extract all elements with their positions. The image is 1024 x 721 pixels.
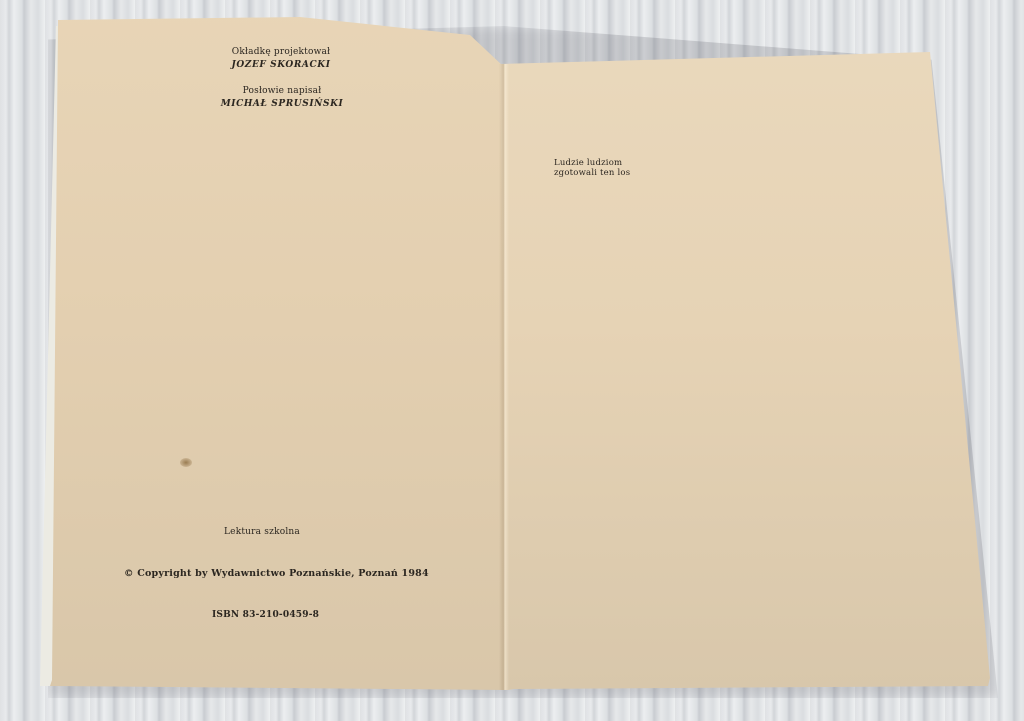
paper-stain [180, 458, 192, 467]
cover-designer-name: JOZEF SKORACKI [231, 60, 330, 70]
cover-designer-label: Okładkę projektował [232, 47, 330, 57]
series-label: Lektura szkolna [224, 527, 300, 537]
isbn: ISBN 83-210-0459-8 [212, 610, 319, 620]
afterword-label: Posłowie napisał [243, 86, 322, 96]
motto-line-2: zgotowali ten los [554, 168, 630, 178]
photo-scene: Okładkę projektował JOZEF SKORACKI Posło… [0, 0, 1024, 721]
copyright-notice: © Copyright by Wydawnictwo Poznańskie, P… [124, 568, 429, 579]
afterword-author-name: MICHAŁ SPRUSIŃSKI [221, 99, 344, 109]
motto-line-1: Ludzie ludziom [554, 158, 622, 168]
book-gutter [499, 64, 509, 690]
